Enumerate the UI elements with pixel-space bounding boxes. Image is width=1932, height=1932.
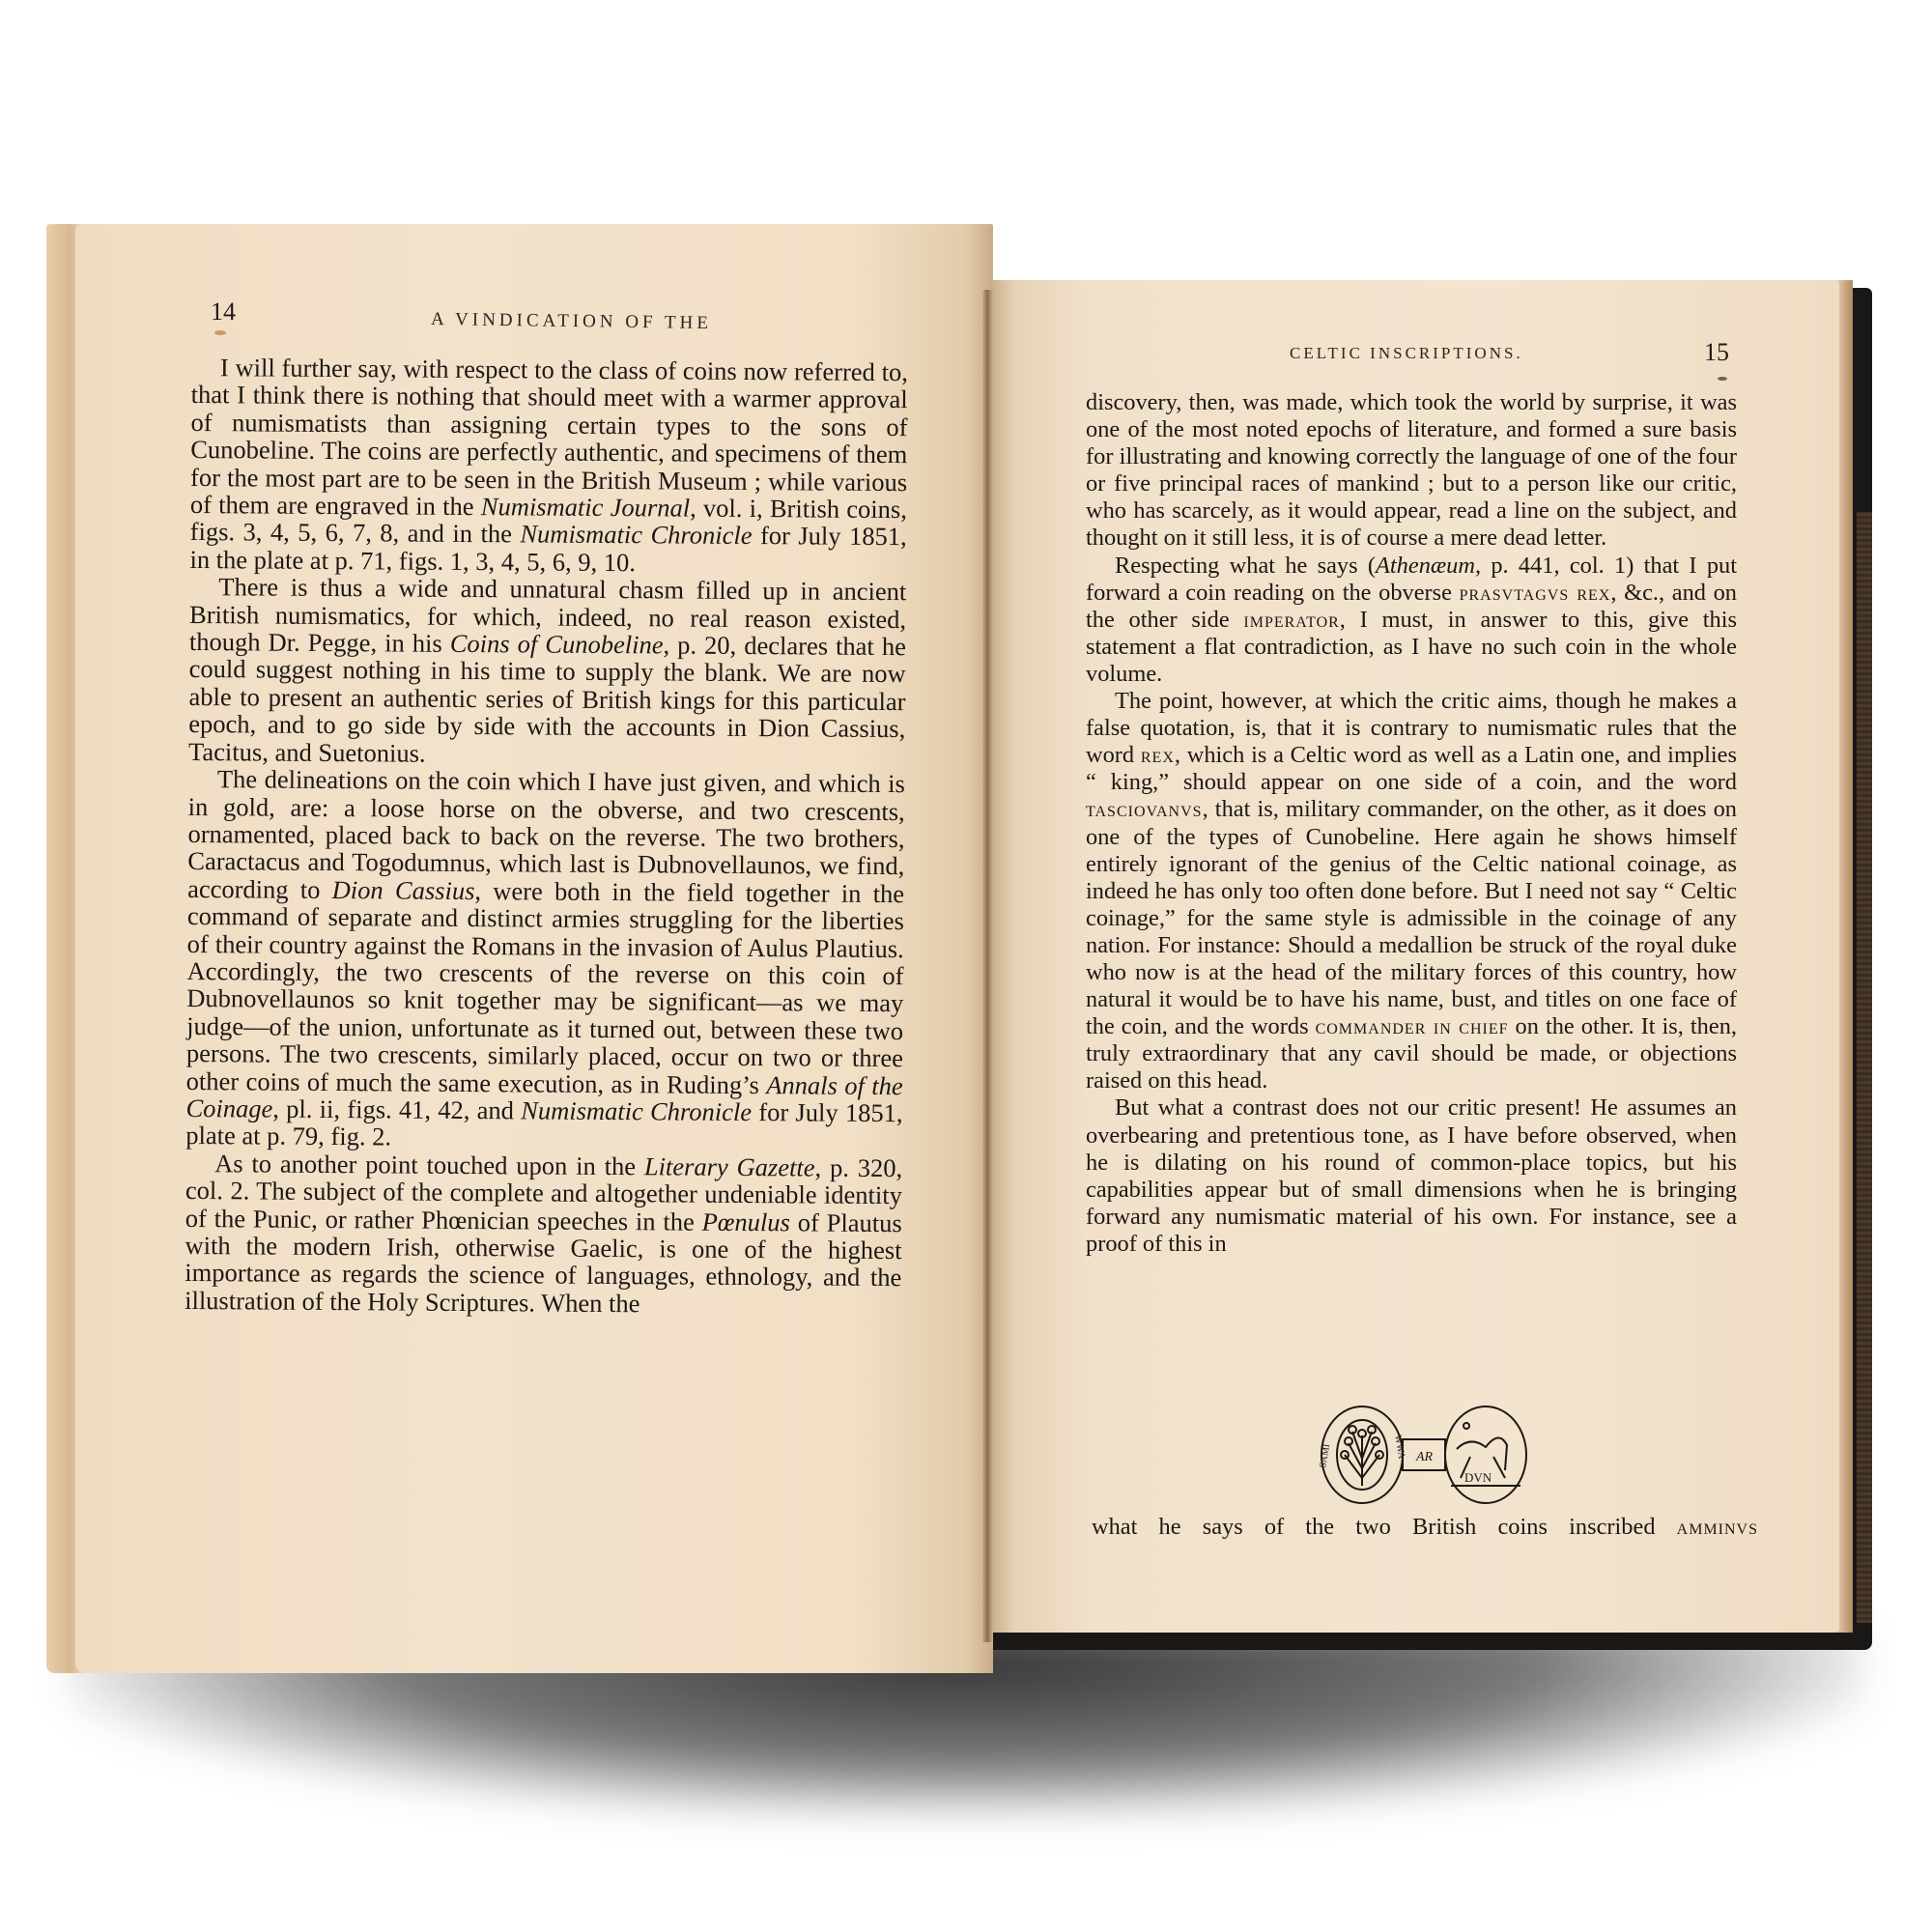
- paragraph: Respecting what he says (Athenæum, p. 44…: [1086, 553, 1737, 688]
- foxing-spot: [214, 330, 226, 335]
- paragraph: discovery, then, was made, which took th…: [1086, 389, 1737, 553]
- right-page-last-line: what he says of the two British coins in…: [1092, 1514, 1758, 1541]
- svg-text:AR: AR: [1415, 1450, 1434, 1464]
- paragraph: I will further say, with respect to the …: [189, 354, 908, 578]
- left-running-head: A VINDICATION OF THE: [431, 309, 712, 334]
- right-page-body: discovery, then, was made, which took th…: [1086, 389, 1737, 1258]
- paragraph: As to another point touched upon in the …: [185, 1150, 902, 1320]
- right-page-number: 15: [1704, 338, 1729, 367]
- coin-engraving-figure: AR DVN SAMI WWA: [1316, 1401, 1538, 1507]
- coin-reverse-icon: [1445, 1406, 1526, 1503]
- svg-text:DVN: DVN: [1464, 1470, 1492, 1485]
- right-running-head: CELTIC INSCRIPTIONS.: [1290, 344, 1523, 363]
- paragraph: The delineations on the coin which I hav…: [185, 765, 905, 1154]
- cover-cloth-edge: [1857, 512, 1872, 1623]
- paragraph: The point, however, at which the critic …: [1086, 688, 1737, 1094]
- paragraph: There is thus a wide and unnatural chasm…: [188, 573, 906, 770]
- ink-mark: [1718, 377, 1727, 381]
- left-page-body: I will further say, with respect to the …: [185, 354, 908, 1319]
- paragraph: But what a contrast does not our critic …: [1086, 1094, 1737, 1258]
- svg-text:SAMI: SAMI: [1318, 1443, 1332, 1469]
- left-page-number: 14: [211, 298, 236, 327]
- svg-text:WWA: WWA: [1392, 1435, 1406, 1461]
- book-gutter: [981, 290, 993, 1642]
